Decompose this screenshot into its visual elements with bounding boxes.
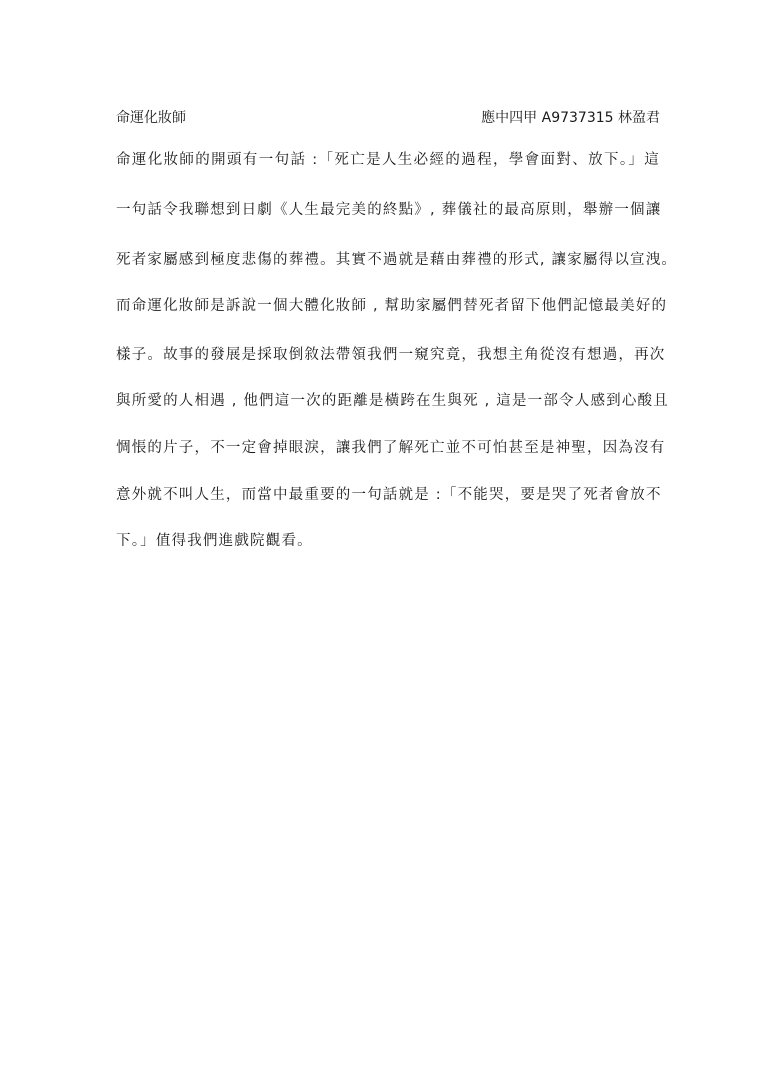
body-line: 下。」值得我們進戲院觀看。 (116, 531, 660, 551)
body-line: 樣子。故事的發展是採取倒敘法帶領我們一窺究竟，我想主角從沒有想過，再次 (116, 345, 660, 365)
body-line: 一句話令我聯想到日劇《人生最完美的終點》, 葬儀社的最高原則，舉辦一個讓 (116, 200, 660, 220)
body-line: 死者家屬感到極度悲傷的葬禮。其實不過就是藉由葬禮的形式, 讓家屬得以宣洩。 (116, 250, 660, 270)
body-line: 而命運化妝師是訴說一個大體化妝師 , 幫助家屬們替死者留下他們記憶最美好的 (116, 296, 660, 316)
body-line: 命運化妝師的開頭有一句話 :「死亡是人生必經的過程，學會面對、放下。」這 (116, 150, 660, 170)
document-header: 命運化妝師 應中四甲 A9737315 林盈君 (116, 108, 660, 128)
author-info: 應中四甲 A9737315 林盈君 (481, 108, 660, 128)
document-title: 命運化妝師 (116, 108, 186, 128)
document-page: 命運化妝師 應中四甲 A9737315 林盈君 命運化妝師的開頭有一句話 :「死… (0, 0, 768, 1087)
body-line: 與所愛的人相遇 , 他們這一次的距離是橫跨在生與死 , 這是一部令人感到心酸且 (116, 391, 660, 411)
body-line: 惆悵的片子，不一定會掉眼淚，讓我們了解死亡並不可怕甚至是神聖，因為沒有 (116, 438, 660, 458)
body-line: 意外就不叫人生，而當中最重要的一句話就是 :「不能哭，要是哭了死者會放不 (116, 485, 660, 505)
